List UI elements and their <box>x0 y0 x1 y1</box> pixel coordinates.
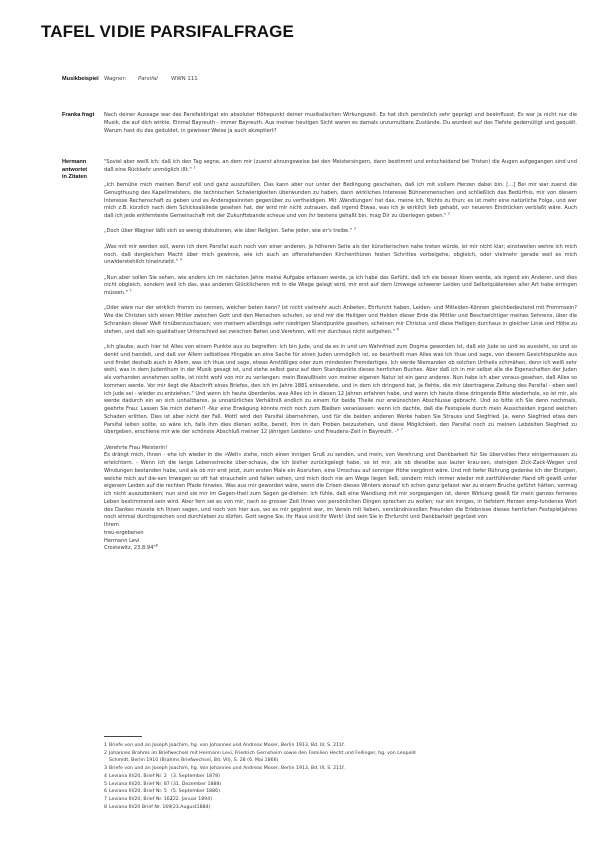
letter-signature: Hermann Levi <box>104 538 577 546</box>
quote: "Soviel aber weiß ich: daß ich den Tag s… <box>104 159 577 175</box>
footnote-divider <box>104 736 142 737</box>
quote: „Nun aber sollen Sie sehen, wie anders i… <box>104 275 577 298</box>
footnote: 1Briefe von und an Joseph Joachim, hg. v… <box>104 742 574 750</box>
letter-body: Es drängt mich, Ihnen - ehe ich wieder i… <box>104 452 577 522</box>
question-text: Nach deiner Aussage war das Parsifaldiri… <box>104 112 577 135</box>
composer: Wagner: <box>104 76 138 84</box>
footnote: 5Leviana III/20, Brief Nr. 87(31. Dezemb… <box>104 781 574 789</box>
footnote-ref[interactable]: 4 <box>180 258 182 262</box>
footnote: 8Leviana III/20 Brief Nr. 169(23.August1… <box>104 804 574 812</box>
footnote-ref[interactable]: 6 <box>397 327 399 331</box>
answer-label-line: in Zitaten <box>62 174 87 180</box>
work-title: Parsifal <box>138 76 171 84</box>
footnote-ref[interactable]: 2 <box>448 211 450 215</box>
letter-closing: Ihrem <box>104 522 577 530</box>
footnote-ref[interactable]: 8 <box>156 544 158 548</box>
quote: „Doch über Wagner läßt sich so wenig dis… <box>104 228 577 236</box>
quote: „Ich bemühe mich meinen Beruf voll und g… <box>104 182 577 221</box>
quote: „Was mit mir werden soll, wenn ich dem P… <box>104 244 577 267</box>
music-example-info: Wagner: Parsifal WWN 111 <box>104 76 577 84</box>
answer-label: Hermann antwortet in Zitaten <box>62 159 102 182</box>
footnote: 4Leviana III/20, Brief Nr. 2(3. Septembe… <box>104 773 574 781</box>
footnote-ref[interactable]: 1 <box>193 165 195 169</box>
letter-place-date: Crostewitz, 23.8.94"8 <box>104 545 577 553</box>
quote: „Ich glaube, auch hier ist Alles von ein… <box>104 344 577 437</box>
page-title: TAFEL VI DIE PARSIFALFRAGE <box>41 22 294 42</box>
letter-salutation: „Verehrte Frau Meisterin! <box>104 445 577 453</box>
chapter-title: DIE PARSIFALFRAGE <box>117 22 294 41</box>
answer-label-line: antwortet <box>62 167 87 173</box>
question-paragraph: Nach deiner Aussage war das Parsifaldiri… <box>104 112 577 135</box>
answer-quotes: "Soviel aber weiß ich: daß ich den Tag s… <box>104 159 577 553</box>
letter-closing: treu-ergebenen <box>104 530 577 538</box>
letter: „Verehrte Frau Meisterin! Es drängt mich… <box>104 445 577 554</box>
footnote: 7Leviana III/20, Brief Nr. 162(22. Janua… <box>104 796 574 804</box>
footnote-ref[interactable]: 7 <box>401 428 403 432</box>
footnote-continuation: Schmidt, Berlin 1910 (Brahms Briefwechse… <box>104 757 574 765</box>
plate-number: TAFEL VI <box>41 22 112 42</box>
quote: „Oder wäre nur der wirklich fromm zu nen… <box>104 305 577 336</box>
footnote: 3Briefe von und an Joseph Joachim, hg. V… <box>104 765 574 773</box>
question-label: Franka fragt <box>62 112 102 120</box>
footnote-ref[interactable]: 5 <box>129 288 131 292</box>
music-example-label: Musikbeispiel <box>62 76 102 84</box>
answer-label-line: Hermann <box>62 159 86 165</box>
footnote: 2Johannes Brahms im Briefwechsel mit Her… <box>104 750 574 758</box>
footnote-ref[interactable]: 3 <box>354 227 356 231</box>
footnote: 6 Leviana III/20, Brief Nr. 5(5. Septemb… <box>104 788 574 796</box>
catalog-number: WWN 111 <box>171 76 198 84</box>
footnotes: 1Briefe von und an Joseph Joachim, hg. v… <box>104 742 574 811</box>
